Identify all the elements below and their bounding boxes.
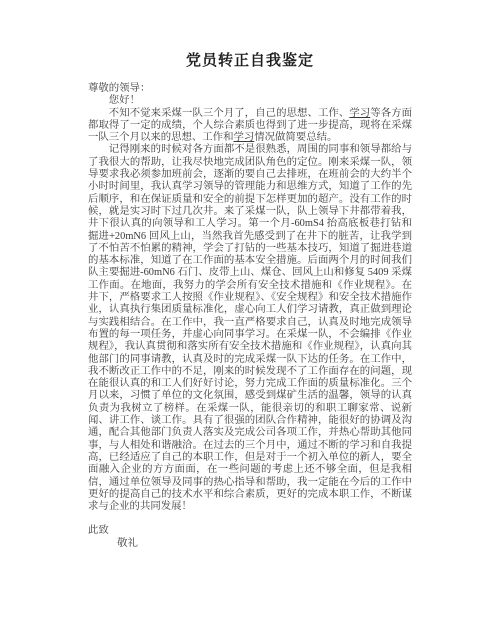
paragraph-intro-summary: 不知不觉来采煤一队三个月了，自己的思想、工作、学习等各方面都取得了一定的成绩，个…	[88, 108, 412, 145]
text-run: 不知不觉来采煤一队三个月了，自己的思想、工作、	[109, 108, 350, 119]
closing-cizhi-line: 此致	[88, 525, 412, 537]
underlined-term: 学习	[233, 132, 254, 143]
text-run: 情况做简要总结。	[254, 132, 337, 143]
paragraph-main-body: 记得刚来的时候对各方面都不是很熟悉，周围的同事和领导都给与了我很大的帮助，让我尽…	[88, 144, 412, 513]
salutation-line: 尊敬的领导：	[88, 83, 412, 95]
underlined-term: 学习	[349, 108, 370, 119]
document-title: 党员转正自我鉴定	[88, 52, 412, 70]
closing-jingli-line: 敬礼	[88, 538, 412, 550]
greeting-line: 您好！	[88, 95, 412, 107]
document-page: 党员转正自我鉴定 尊敬的领导： 您好！ 不知不觉来采煤一队三个月了，自己的思想、…	[0, 0, 500, 625]
